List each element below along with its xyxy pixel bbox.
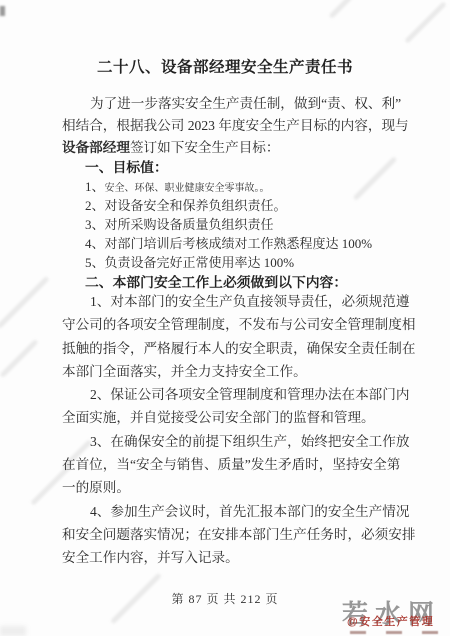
intro-line: 为了进一步落实安全生产责任制，做到“责、权、利”	[62, 93, 394, 115]
diagonal-watermark	[0, 276, 50, 329]
body-line: 3、在确保安全的前提下组织生产，始终把安全工作放	[62, 430, 394, 453]
diagonal-watermark	[0, 339, 38, 378]
document-page: 二十八、设备部经理安全生产责任书 为了进一步落实安全生产责任制，做到“责、权、利…	[0, 0, 450, 636]
diagonal-watermark	[353, 156, 398, 201]
intro-line: 相结合，根据我公司 2023 年度安全生产目标的内容，现与	[62, 115, 394, 137]
body-line: 在首位，当“安全与销售、质量”发生矛盾时，坚持安全第	[62, 453, 394, 476]
dept-manager-bold: 设备部经理	[62, 140, 130, 155]
list-item-1: 1、安全、环保、职业健康安全零事故。。	[85, 176, 270, 195]
body-line: 1、对本部门的安全生产负直接领导责任，必须规范遵	[62, 290, 394, 313]
body-line: 全面实施，并自觉接受公司安全部门的监督和管理。	[62, 406, 394, 429]
diagonal-watermark	[329, 0, 354, 19]
section2-heading: 二、本部门安全工作上必须做到以下内容：	[85, 271, 347, 291]
scan-speck	[0, 6, 5, 16]
item-number: 4、	[85, 236, 105, 251]
intro-paragraph: 为了进一步落实安全生产责任制，做到“责、权、利” 相结合，根据我公司 2023 …	[62, 93, 394, 159]
item-text: 对设备安全和保养负组织责任。	[105, 198, 287, 213]
item-number: 5、	[85, 255, 105, 270]
body-line: 抵触的指令，严格履行本人的安全职责，确保安全责任制在	[62, 337, 394, 360]
body-line: 4、参加生产会议时，首先汇报本部门的安全生产情况	[62, 500, 394, 523]
body-line: 安全工作内容，并写入记录。	[62, 546, 394, 569]
logo-tick-mark	[350, 631, 366, 634]
section1-heading: 一、目标值：	[85, 156, 168, 176]
intro-line-rest: 签订如下安全生产目标：	[130, 140, 280, 155]
document-title: 二十八、设备部经理安全生产责任书	[0, 55, 450, 77]
item-text: 对所采购设备质量负组织责任	[105, 217, 274, 232]
diagonal-watermark	[404, 1, 446, 43]
logo-overlay-text: @安全生产管理	[347, 613, 434, 629]
section2-body: 1、对本部门的安全生产负直接领导责任，必须规范遵 守公司的各项安全管理制度，不发…	[62, 290, 394, 570]
body-line: 和安全问题落实情况；在安排本部门生产任务时，必须安排	[62, 523, 394, 546]
item-text: 负责设备完好正常使用率达 100%	[105, 255, 295, 270]
body-line: 本部门全面落实，并全力支持安全工作。	[62, 360, 394, 383]
body-line: 一的原则。	[62, 476, 394, 499]
item-number: 1、	[85, 179, 105, 194]
logo-tick-mark	[386, 631, 402, 634]
list-item-2: 2、对设备安全和保养负组织责任。	[85, 195, 287, 214]
item-number: 3、	[85, 217, 105, 232]
body-line: 守公司的各项安全管理制度，不发布与公司安全管理制度相	[62, 313, 394, 336]
list-item-3: 3、对所采购设备质量负组织责任	[85, 214, 274, 233]
ruoshui-site-logo: 若水网 @安全生产管理	[342, 601, 448, 635]
logo-tick-mark	[422, 631, 438, 634]
item-text: 对部门培训后考核成绩对工作熟悉程度达 100%	[105, 236, 373, 251]
list-item-5: 5、负责设备完好正常使用率达 100%	[85, 252, 294, 271]
item-text: 安全、环保、职业健康安全零事故。。	[105, 183, 270, 194]
item-number: 2、	[85, 198, 105, 213]
body-line: 2、保证公司各项安全管理制度和管理办法在本部门内	[62, 383, 394, 406]
list-item-4: 4、对部门培训后考核成绩对工作熟悉程度达 100%	[85, 233, 372, 252]
corner-shade	[0, 626, 26, 636]
